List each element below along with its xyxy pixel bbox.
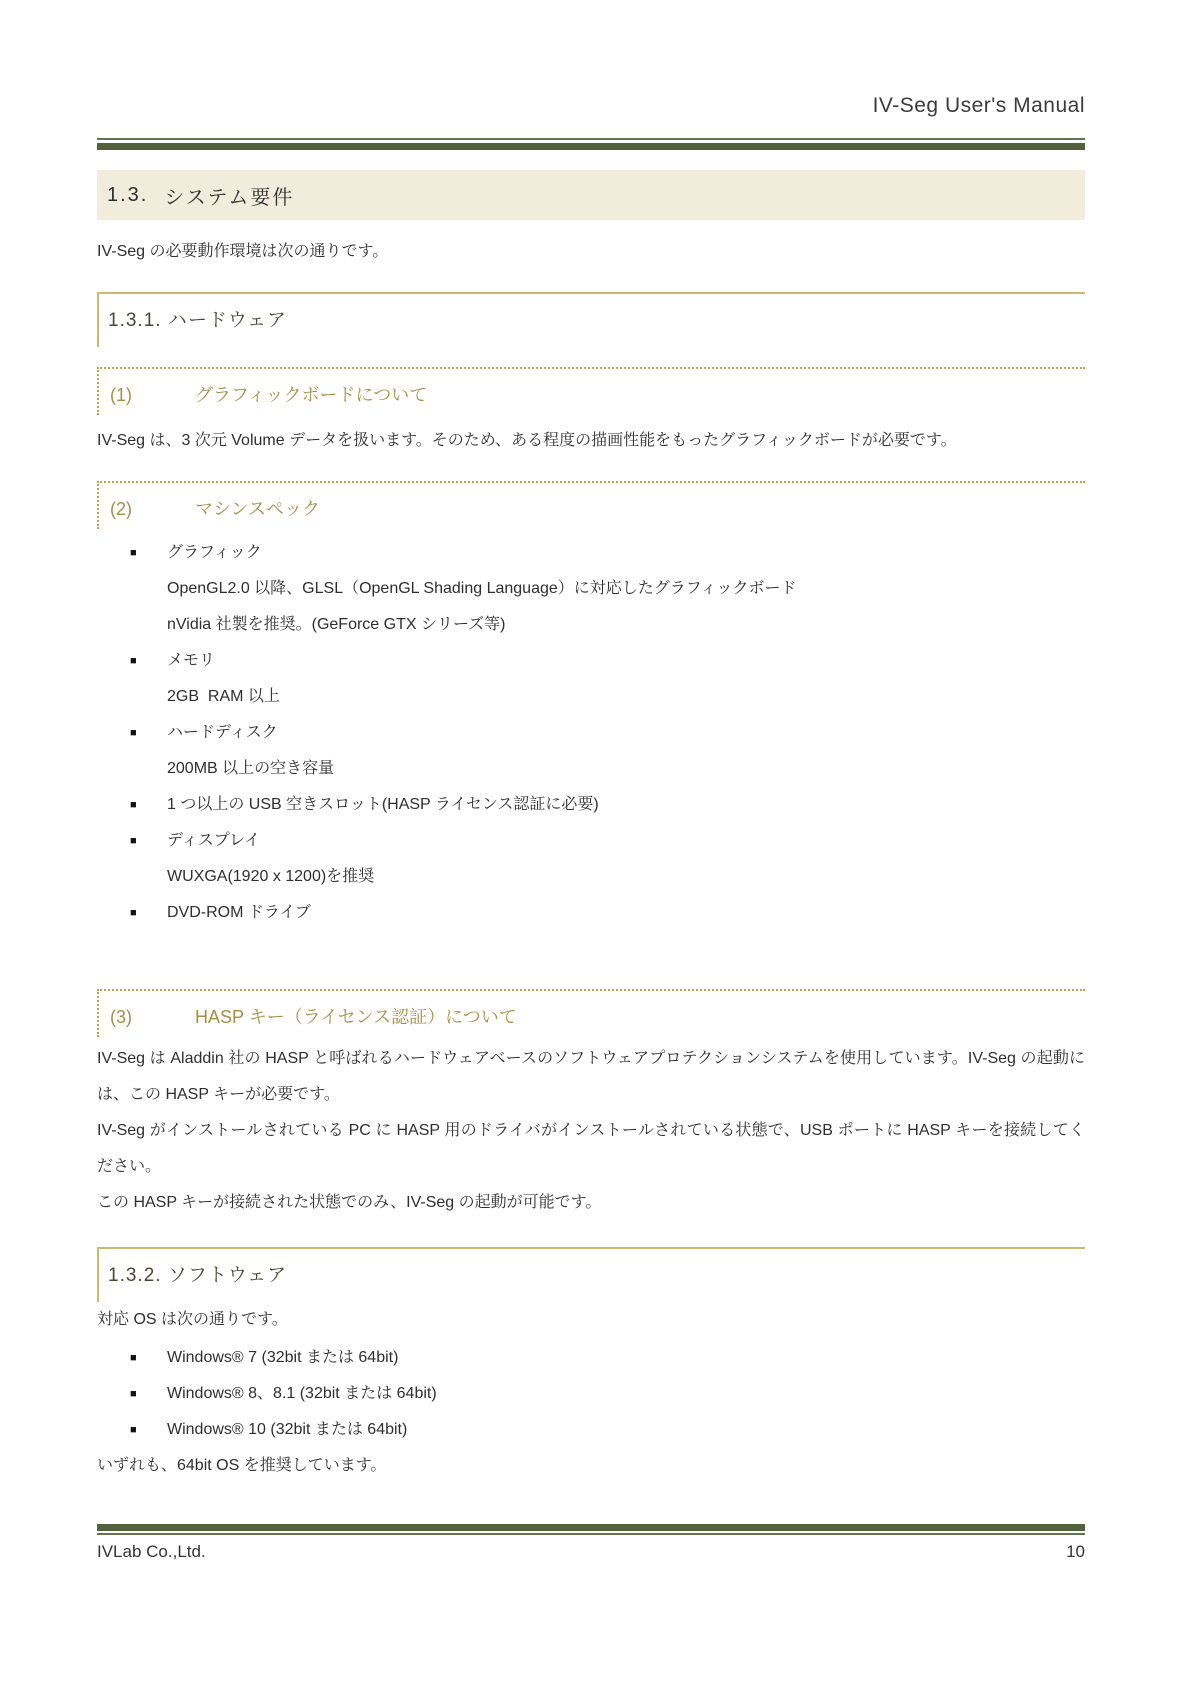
list-item-text: OpenGL2.0 以降、GLSL（OpenGL Shading Languag… bbox=[167, 580, 797, 597]
list-item: ■Windows® 10 (32bit または 64bit) bbox=[97, 1412, 1085, 1448]
subsection-heading-1-3-2: 1.3.2. ソフトウェア bbox=[97, 1247, 1085, 1302]
bullet-square-icon: ■ bbox=[130, 1412, 137, 1448]
list-item-text: Windows® 7 (32bit または 64bit) bbox=[167, 1349, 398, 1366]
section-title: システム要件 bbox=[164, 181, 294, 210]
manual-page: IV-Seg User's Manual 1.3. システム要件 IV-Seg … bbox=[0, 90, 1190, 1484]
machine-spec-list: ■グラフィック OpenGL2.0 以降、GLSL（OpenGL Shading… bbox=[97, 535, 1085, 931]
hasp-paragraph: IV-Seg がインストールされている PC に HASP 用のドライバがインス… bbox=[97, 1113, 1085, 1185]
footer-rule-thin-line bbox=[97, 1533, 1085, 1535]
bullet-square-icon: ■ bbox=[130, 895, 137, 931]
list-item: ■1 つ以上の USB 空きスロット(HASP ライセンス認証に必要) bbox=[97, 787, 1085, 823]
list-item: ■ディスプレイ bbox=[97, 823, 1085, 859]
list-item-text: 200MB 以上の空き容量 bbox=[167, 760, 334, 777]
list-item-continuation: OpenGL2.0 以降、GLSL（OpenGL Shading Languag… bbox=[97, 571, 1085, 607]
footer-text-row: IVLab Co.,Ltd. 10 bbox=[97, 1542, 1085, 1562]
software-note-text: いずれも、64bit OS を推奨しています。 bbox=[97, 1448, 1085, 1484]
footer-company: IVLab Co.,Ltd. bbox=[97, 1542, 206, 1562]
bullet-square-icon: ■ bbox=[130, 1376, 137, 1412]
header-rule-thick-bar bbox=[97, 143, 1085, 150]
bullet-square-icon: ■ bbox=[130, 1340, 137, 1376]
list-item-text: nVidia 社製を推奨。(GeForce GTX シリーズ等) bbox=[167, 616, 506, 633]
list-item: ■メモリ bbox=[97, 643, 1085, 679]
list-item-text: メモリ bbox=[167, 652, 215, 669]
list-item-text: WUXGA(1920 x 1200)を推奨 bbox=[167, 868, 374, 885]
supported-os-list: ■Windows® 7 (32bit または 64bit) ■Windows® … bbox=[97, 1340, 1085, 1448]
list-item-text: ディスプレイ bbox=[167, 832, 260, 849]
list-item-text: DVD-ROM ドライブ bbox=[167, 904, 311, 921]
numbered-heading-3-number: (3) bbox=[110, 1004, 195, 1030]
numbered-heading-3-title: HASP キー（ライセンス認証）について bbox=[195, 1004, 517, 1030]
list-item-continuation: 2GB RAM 以上 bbox=[97, 679, 1085, 715]
numbered-heading-1-title: グラフィックボードについて bbox=[195, 382, 427, 408]
footer-page-number: 10 bbox=[1066, 1542, 1085, 1562]
list-item-text: グラフィック bbox=[167, 544, 262, 561]
subsection-heading-1-3-1: 1.3.1. ハードウェア bbox=[97, 292, 1085, 347]
bullet-square-icon: ■ bbox=[130, 535, 137, 571]
list-item-text: 2GB RAM 以上 bbox=[167, 688, 280, 705]
list-item: ■Windows® 8、8.1 (32bit または 64bit) bbox=[97, 1376, 1085, 1412]
numbered-heading-1: (1) グラフィックボードについて bbox=[97, 367, 1085, 415]
page-footer: IVLab Co.,Ltd. 10 bbox=[97, 1524, 1085, 1562]
list-item: ■ハードディスク bbox=[97, 715, 1085, 751]
bullet-square-icon: ■ bbox=[130, 823, 137, 859]
hasp-paragraph: IV-Seg は Aladdin 社の HASP と呼ばれるハードウェアベースの… bbox=[97, 1041, 1085, 1113]
list-item-text: Windows® 8、8.1 (32bit または 64bit) bbox=[167, 1385, 437, 1402]
footer-rule-thick-bar bbox=[97, 1524, 1085, 1531]
list-item: ■Windows® 7 (32bit または 64bit) bbox=[97, 1340, 1085, 1376]
numbered-heading-1-number: (1) bbox=[110, 382, 195, 408]
list-item: ■グラフィック bbox=[97, 535, 1085, 571]
header-rule bbox=[97, 138, 1085, 150]
numbered-heading-3: (3) HASP キー（ライセンス認証）について bbox=[97, 989, 1085, 1037]
numbered-heading-2-number: (2) bbox=[110, 496, 195, 522]
page-header-title: IV-Seg User's Manual bbox=[97, 90, 1085, 122]
list-item-continuation: 200MB 以上の空き容量 bbox=[97, 751, 1085, 787]
list-item-text: 1 つ以上の USB 空きスロット(HASP ライセンス認証に必要) bbox=[167, 796, 599, 813]
list-item-text: ハードディスク bbox=[167, 724, 278, 741]
hasp-paragraphs: IV-Seg は Aladdin 社の HASP と呼ばれるハードウェアベースの… bbox=[97, 1041, 1085, 1221]
section-number: 1.3. bbox=[107, 184, 148, 207]
graphics-board-body-text: IV-Seg は、3 次元 Volume データを扱います。そのため、ある程度の… bbox=[97, 423, 1085, 459]
software-intro-text: 対応 OS は次の通りです。 bbox=[97, 1302, 1085, 1338]
bullet-square-icon: ■ bbox=[130, 787, 137, 823]
bullet-square-icon: ■ bbox=[130, 643, 137, 679]
section-intro-text: IV-Seg の必要動作環境は次の通りです。 bbox=[97, 234, 1085, 270]
list-item-continuation: nVidia 社製を推奨。(GeForce GTX シリーズ等) bbox=[97, 607, 1085, 643]
bullet-square-icon: ■ bbox=[130, 715, 137, 751]
numbered-heading-2: (2) マシンスペック bbox=[97, 481, 1085, 529]
list-item-continuation: WUXGA(1920 x 1200)を推奨 bbox=[97, 859, 1085, 895]
list-item: ■DVD-ROM ドライブ bbox=[97, 895, 1085, 931]
list-item-text: Windows® 10 (32bit または 64bit) bbox=[167, 1421, 407, 1438]
numbered-heading-2-title: マシンスペック bbox=[195, 496, 320, 522]
hasp-paragraph: この HASP キーが接続された状態でのみ、IV-Seg の起動が可能です。 bbox=[97, 1185, 1085, 1221]
section-heading-1-3: 1.3. システム要件 bbox=[97, 170, 1085, 220]
